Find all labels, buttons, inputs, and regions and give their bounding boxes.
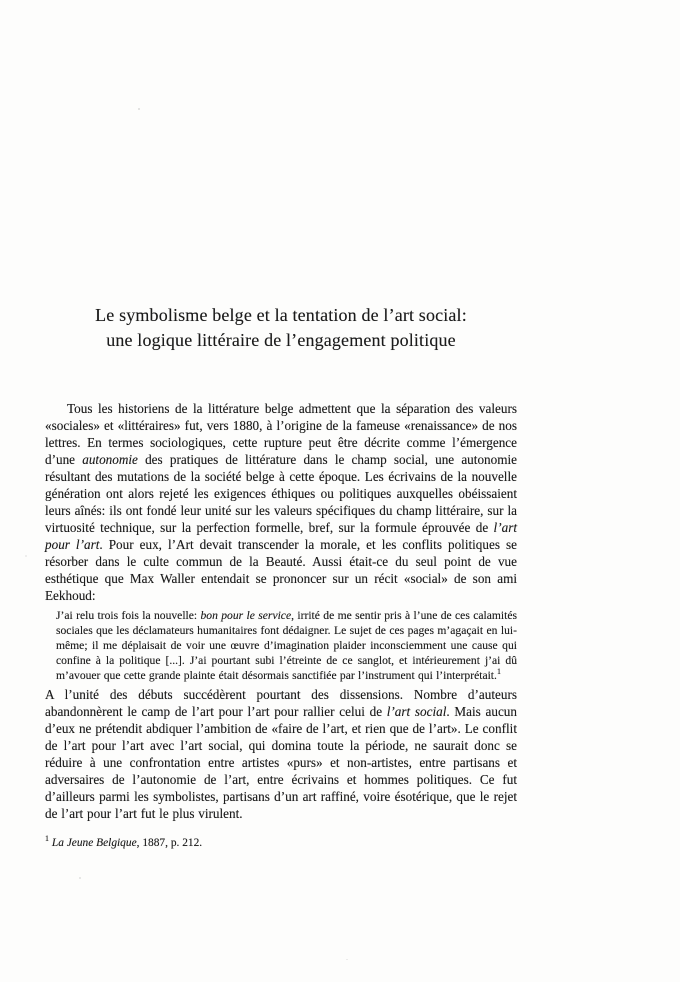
scanned-document-page: Le symbolisme belge et la tentation de l… [0, 0, 680, 982]
block-quotation: J’ai relu trois fois la nouvelle: bon po… [45, 608, 517, 683]
scan-speck [138, 108, 140, 110]
scan-speck [79, 877, 81, 879]
quotation-text: J’ai relu trois fois la nouvelle: [56, 609, 201, 622]
paragraph-1-text: . Pour eux, l’Art devait transcender la … [45, 537, 517, 603]
scan-speck [346, 959, 348, 960]
footnote-marker: 1 [45, 834, 49, 843]
article-title: Le symbolisme belge et la tentation de l… [45, 303, 517, 352]
emphasis-autonomie: autonomie [82, 452, 138, 467]
article-text-block: Le symbolisme belge et la tentation de l… [45, 303, 517, 851]
emphasis-bon-pour-le-service: bon pour le service [201, 609, 292, 622]
emphasis-art-social: l’art social [387, 704, 447, 719]
paragraph-2-text: . Mais aucun d’eux ne prétendit abdiquer… [45, 704, 517, 821]
paragraph-2: A l’unité des débuts succédèrent pourtan… [45, 686, 517, 822]
article-title-line-2: une logique littéraire de l’engagement p… [106, 330, 456, 350]
footnote-source-title: La Jeune Belgique [52, 837, 137, 849]
paragraph-1: Tous les historiens de la littérature be… [45, 400, 517, 604]
footnote-citation-detail: , 1887, p. 212. [137, 837, 203, 849]
footnote-reference: 1 [497, 667, 501, 676]
article-title-line-1: Le symbolisme belge et la tentation de l… [95, 305, 467, 325]
scan-speck [25, 555, 27, 557]
footnote: 1 La Jeune Belgique, 1887, p. 212. [45, 836, 517, 851]
